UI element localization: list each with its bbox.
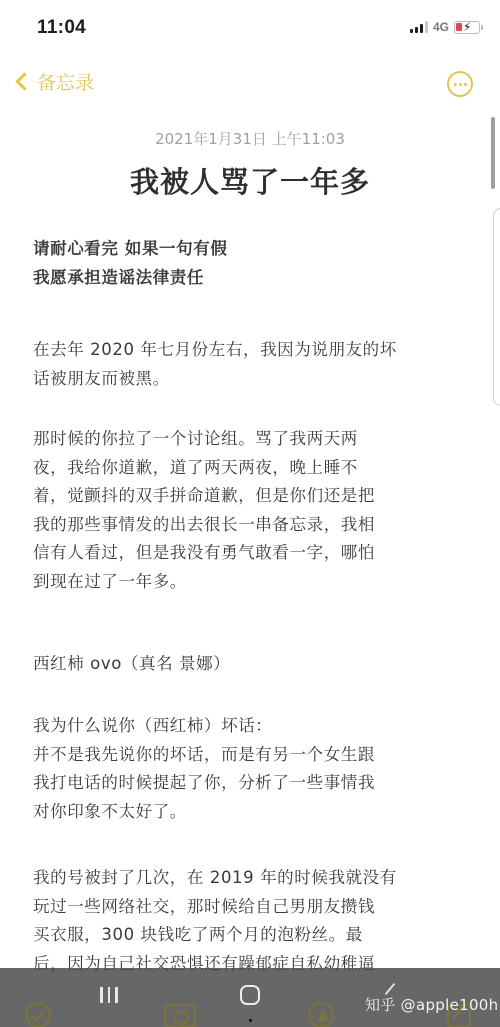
status-bar: 11:04 4G ⚡: [0, 0, 500, 58]
note-subtitle: 请耐心看完 如果一句有假 我愿承担造谣法律责任: [33, 235, 227, 292]
camera-icon[interactable]: [164, 1004, 196, 1027]
recent-apps-icon: [100, 987, 103, 1003]
navigation-bar: 备忘录: [0, 62, 500, 106]
status-indicators: 4G ⚡: [410, 20, 480, 34]
zhihu-watermark: 知乎 @apple100h: [365, 994, 498, 1015]
markup-icon[interactable]: [308, 1002, 334, 1027]
ellipsis-dot: [464, 83, 467, 86]
recent-apps-bar: [108, 987, 111, 1003]
checklist-icon[interactable]: [25, 1002, 51, 1027]
note-paragraph: 那时候的你拉了一个讨论组。骂了我两天两 夜，我给你道歉，道了两天两夜，晚上睡不 …: [33, 425, 375, 596]
more-options-button[interactable]: [447, 71, 473, 97]
network-type: 4G: [433, 20, 449, 34]
note-date: 2021年1月31日 上午11:03: [33, 128, 467, 149]
charging-bolt-icon: ⚡: [463, 20, 471, 34]
note-paragraph: 在去年 2020 年七月份左右，我因为说朋友的坏 话被朋友而被黑。: [33, 336, 397, 393]
edge-panel-handle[interactable]: [493, 208, 500, 406]
home-button[interactable]: [240, 985, 260, 1005]
battery-icon: ⚡: [454, 21, 480, 34]
status-time: 11:04: [37, 17, 86, 39]
home-indicator-dot: [249, 1019, 252, 1022]
recent-apps-button[interactable]: [100, 987, 118, 1003]
signal-icon: [410, 21, 428, 33]
back-label: 备忘录: [37, 68, 94, 95]
note-paragraph: 西红柿 ovo（真名 景娜）: [33, 650, 230, 679]
back-to-notes-button[interactable]: 备忘录: [12, 68, 94, 95]
recent-apps-bar: [115, 987, 118, 1003]
note-paragraph: 我为什么说你（西红柿）坏话： 并不是我先说你的坏话，而是有另一个女生跟 我打电话…: [33, 712, 375, 826]
ellipsis-dot: [459, 83, 462, 86]
ellipsis-icon: [454, 83, 457, 86]
note-paragraph: 我的号被封了几次，在 2019 年的时候我就没有 玩过一些网络社交，那时候给自己…: [33, 864, 397, 978]
note-title: 我被人骂了一年多: [33, 160, 467, 201]
chevron-left-icon: [15, 72, 33, 90]
scrollbar[interactable]: [491, 117, 495, 189]
